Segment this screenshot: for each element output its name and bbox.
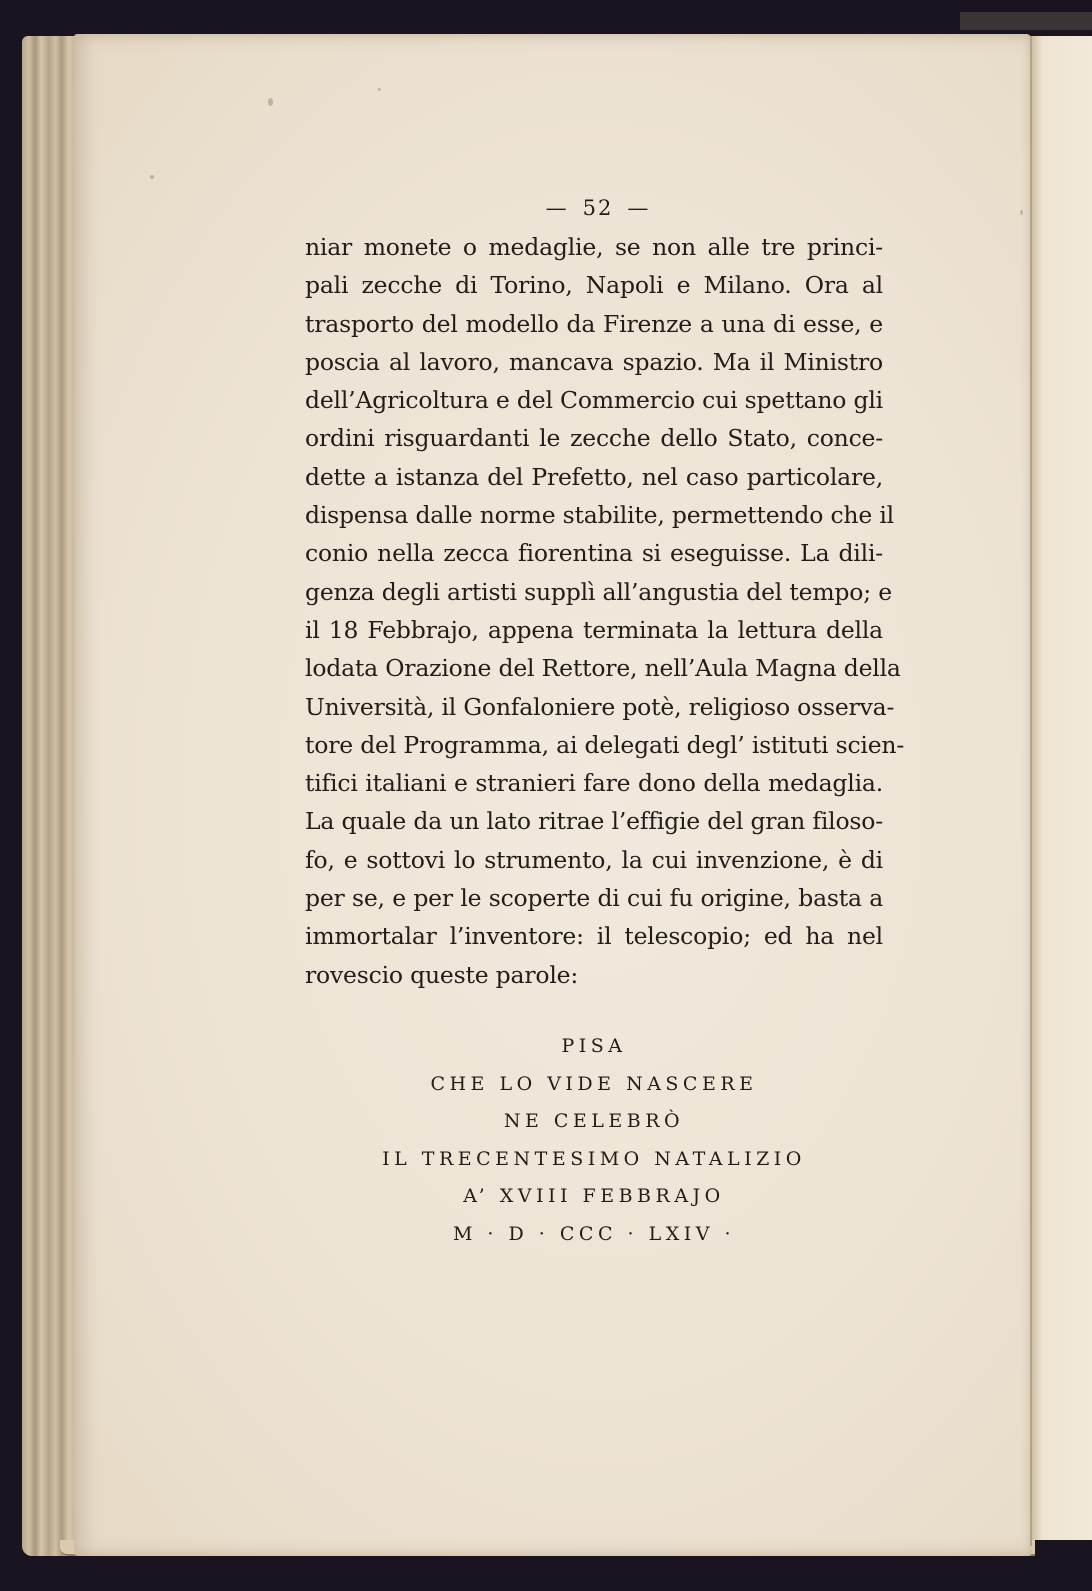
inscription-line: NE CELEBRÒ [305,1103,883,1141]
text-line: genza degli artisti supplì all’angustia … [305,573,883,611]
text-line: dette a istanza del Prefetto, nel caso p… [305,458,883,496]
text-line: il 18 Febbrajo, appena terminata la lett… [305,611,883,649]
inscription-line: CHE LO VIDE NASCERE [305,1066,883,1104]
text-line: La quale da un lato ritrae l’effigie del… [305,802,883,840]
text-line: niar monete o medaglie, se non alle tre … [305,228,883,266]
page-number-dash: — [546,188,569,228]
text-line: ordini risguardanti le zecche dello Stat… [305,419,883,457]
text-line: fo, e sottovi lo strumento, la cui inven… [305,841,883,879]
page-number-value: 52 [583,196,614,220]
text-line: immortalar l’inventore: il telescopio; e… [305,917,883,955]
inscription-line: IL TRECENTESIMO NATALIZIO [305,1141,883,1179]
scanner-backdrop [960,12,1092,30]
paper-stain [378,88,381,91]
facing-page-edge [1030,36,1092,1540]
text-line: tifici italiani e stranieri fare dono de… [305,764,883,802]
page-number: —52— [313,188,883,228]
paper-stain [268,98,273,106]
inscription-line: M · D · CCC · LXIV · [305,1216,883,1254]
text-line: dispensa dalle norme stabilite, permette… [305,496,883,534]
gutter [1030,36,1032,1546]
text-line: rovescio queste parole: [305,956,883,994]
text-line: per se, e per le scoperte di cui fu orig… [305,879,883,917]
text-line: dell’Agricoltura e del Commercio cui spe… [305,381,883,419]
inscription-line: A’ XVIII FEBBRAJO [305,1178,883,1216]
text-line: trasporto del modello da Firenze a una d… [305,305,883,343]
inscription-line: PISA [305,1028,883,1066]
paper-stain [1020,210,1023,215]
page-stack-edge [22,36,82,1556]
text-line: pali zecche di Torino, Napoli e Milano. … [305,266,883,304]
page-number-dash: — [627,188,650,228]
paper-stain [150,175,154,179]
text-line: lodata Orazione del Rettore, nell’Aula M… [305,649,883,687]
text-line: conio nella zecca fiorentina si eseguiss… [305,534,883,572]
text-line: tore del Programma, ai delegati degl’ is… [305,726,883,764]
medal-inscription: PISA CHE LO VIDE NASCERE NE CELEBRÒ IL T… [305,1028,883,1253]
text-line: Università, il Gonfaloniere potè, religi… [305,688,883,726]
text-line: poscia al lavoro, mancava spazio. Ma il … [305,343,883,381]
page-text: —52— niar monete o medaglie, se non alle… [305,188,883,994]
